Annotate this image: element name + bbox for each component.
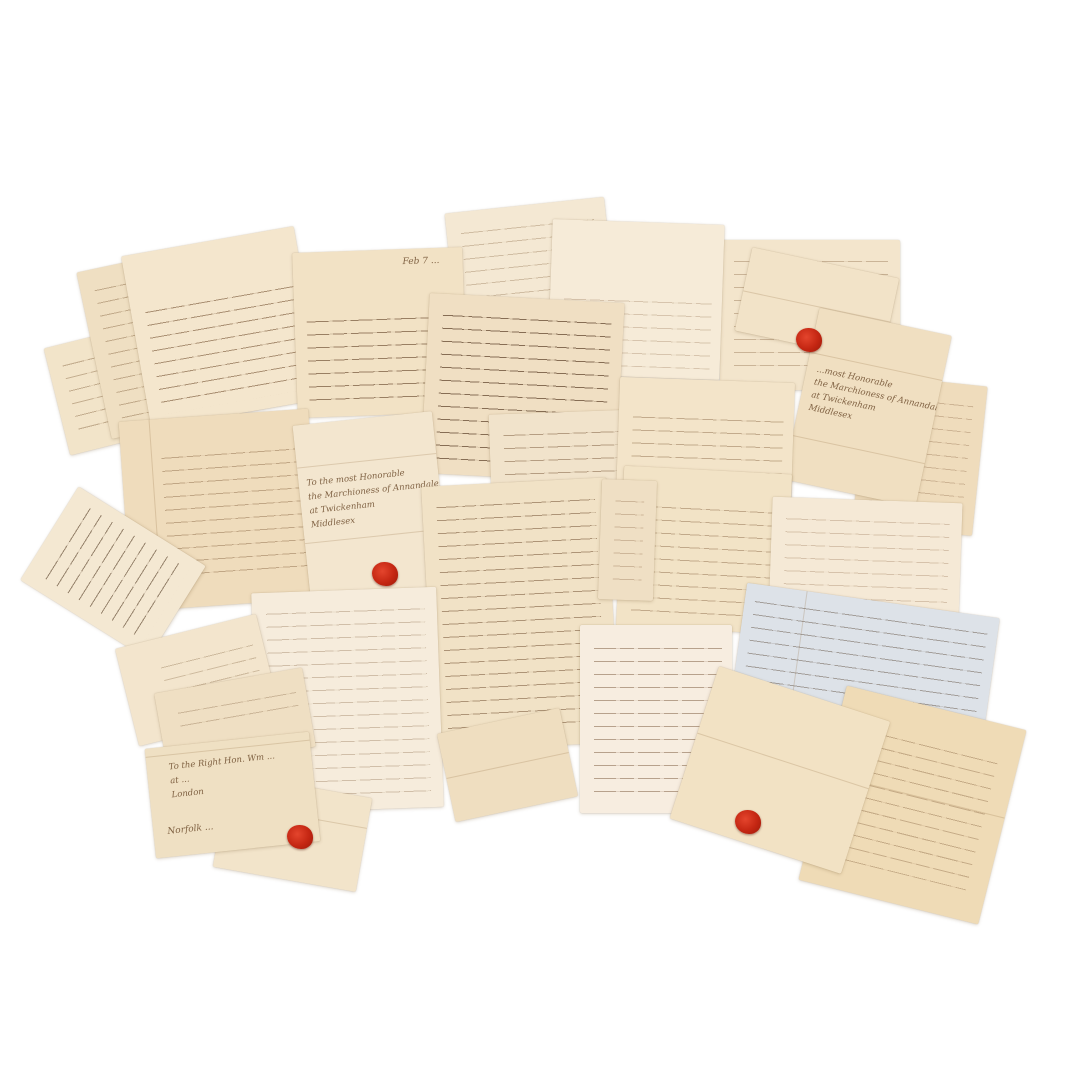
photo-stage: Feb 7 ... ...most Honorable the Marchion…	[0, 0, 1080, 1080]
wax-seal-top-right	[796, 328, 822, 352]
envelope-address: To the Right Hon. Wm ... at ... London	[168, 749, 278, 802]
letter-sheet	[598, 479, 657, 601]
envelope-address-corner: Norfolk ...	[167, 820, 214, 840]
wax-seal-bottom-right	[735, 810, 761, 834]
wax-seal-center	[372, 562, 398, 586]
letter-date: Feb 7 ...	[402, 254, 439, 270]
wax-seal-bottom-left	[287, 825, 313, 849]
